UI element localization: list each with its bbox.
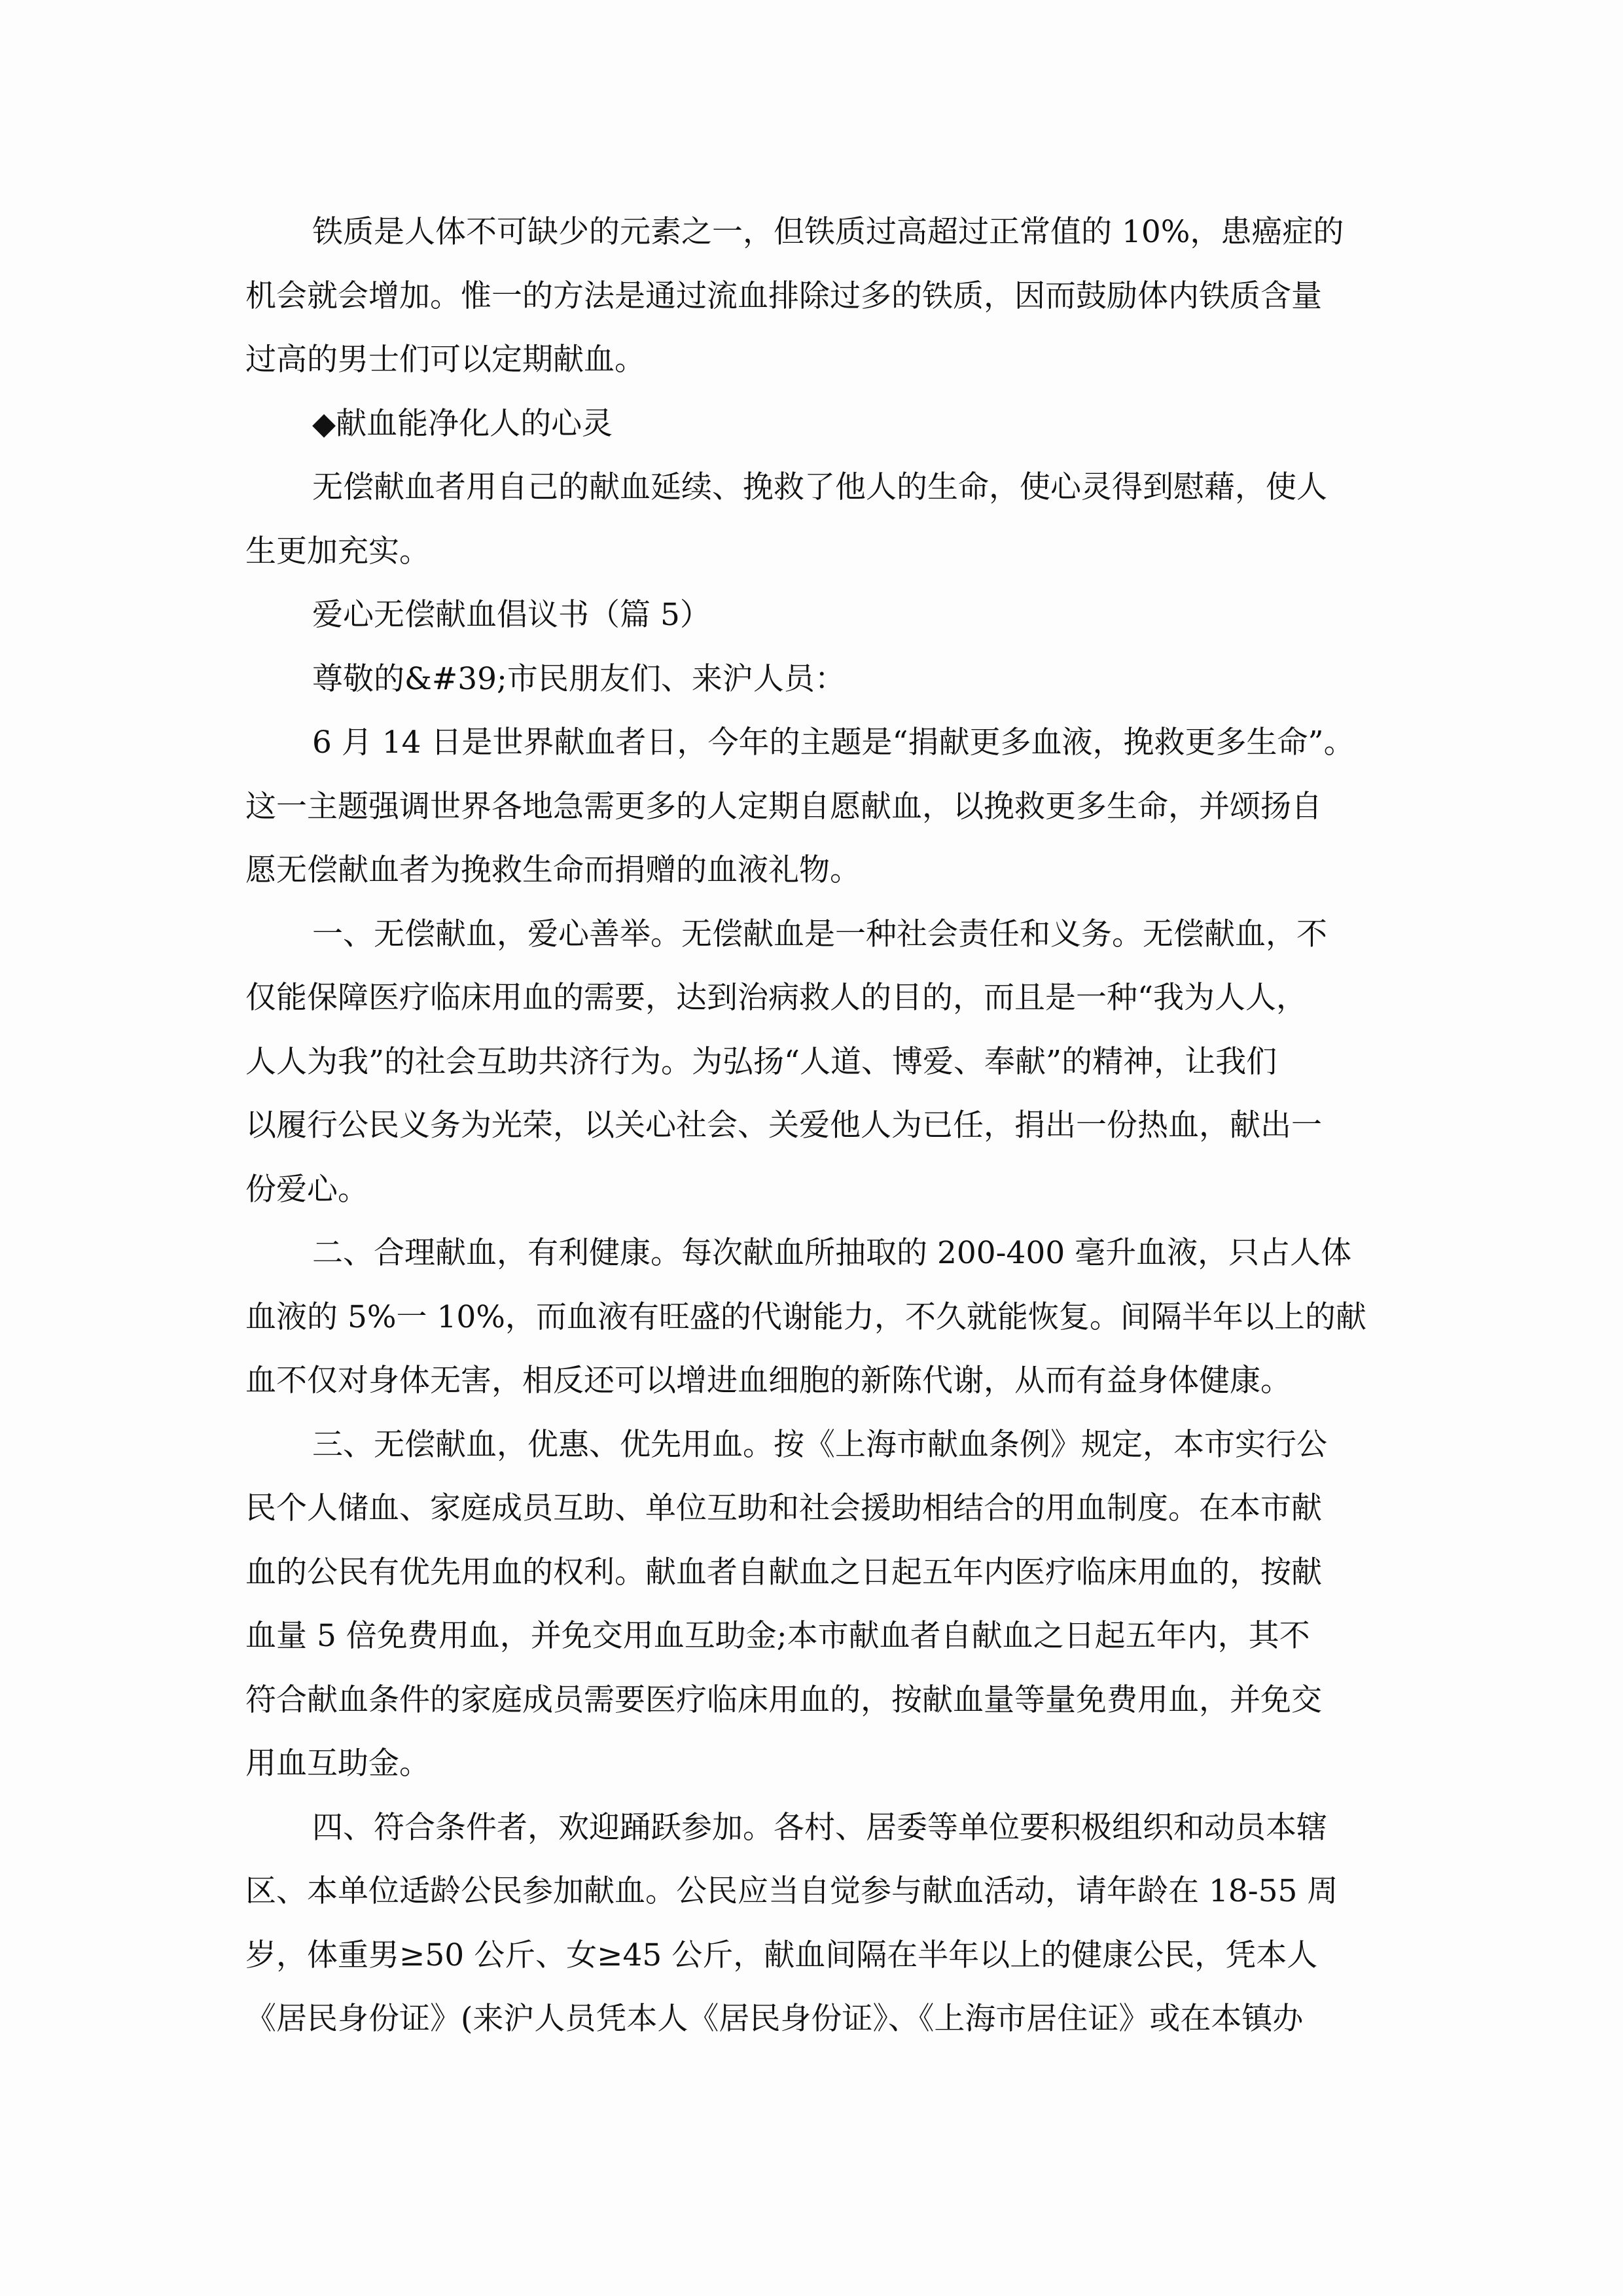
- paragraph-iron: 铁质是人体不可缺少的元素之一，但铁质过高超过正常值的 10%，患癌症的 机会就会…: [245, 200, 1371, 392]
- text-line: 无偿献血者用自己的献血延续、挽救了他人的生命，使心灵得到慰藉，使人: [245, 456, 1371, 520]
- paragraph-purify-body: 无偿献血者用自己的献血延续、挽救了他人的生命，使心灵得到慰藉，使人 生更加充实。: [245, 456, 1371, 583]
- paragraph-point-3: 三、无偿献血，优惠、优先用血。按《上海市献血条例》规定，本市实行公 民个人储血、…: [245, 1413, 1371, 1796]
- document-page: 铁质是人体不可缺少的元素之一，但铁质过高超过正常值的 10%，患癌症的 机会就会…: [245, 200, 1371, 2051]
- text-line: 血液的 5%一 10%，而血液有旺盛的代谢能力，不久就能恢复。间隔半年以上的献: [245, 1285, 1371, 1350]
- paragraph-intro: 6 月 14 日是世界献血者日，今年的主题是“捐献更多血液，挽救更多生命”。 这…: [245, 711, 1371, 903]
- text-line: 血不仅对身体无害，相反还可以增进血细胞的新陈代谢，从而有益身体健康。: [245, 1349, 1371, 1413]
- salutation: 尊敬的&#39;市民朋友们、来沪人员：: [245, 647, 1371, 711]
- section-heading-purify: ◆献血能净化人的心灵: [245, 392, 1371, 456]
- text-line: 愿无偿献血者为挽救生命而捐赠的血液礼物。: [245, 838, 1371, 903]
- paragraph-point-4: 四、符合条件者，欢迎踊跃参加。各村、居委等单位要积极组织和动员本辖 区、本单位适…: [245, 1796, 1371, 2051]
- text-line: 尊敬的&#39;市民朋友们、来沪人员：: [245, 647, 1371, 711]
- text-line: 人人为我”的社会互助共济行为。为弘扬“人道、博爱、奉献”的精神，让我们: [245, 1030, 1371, 1094]
- text-line: 生更加充实。: [245, 520, 1371, 584]
- text-line: ◆献血能净化人的心灵: [245, 392, 1371, 456]
- text-line: 用血互助金。: [245, 1732, 1371, 1796]
- text-line: 过高的男士们可以定期献血。: [245, 328, 1371, 392]
- text-line: 份爱心。: [245, 1158, 1371, 1222]
- text-line: 铁质是人体不可缺少的元素之一，但铁质过高超过正常值的 10%，患癌症的: [245, 200, 1371, 264]
- document-title-part5: 爱心无偿献血倡议书（篇 5）: [245, 583, 1371, 647]
- text-line: 以履行公民义务为光荣，以关心社会、关爱他人为已任，捐出一份热血，献出一: [245, 1094, 1371, 1158]
- text-line: 岁，体重男≥50 公斤、女≥45 公斤，献血间隔在半年以上的健康公民，凭本人: [245, 1924, 1371, 1988]
- text-line: 机会就会增加。惟一的方法是通过流血排除过多的铁质，因而鼓励体内铁质含量: [245, 264, 1371, 329]
- text-line: 四、符合条件者，欢迎踊跃参加。各村、居委等单位要积极组织和动员本辖: [245, 1796, 1371, 1860]
- text-line: 民个人储血、家庭成员互助、单位互助和社会援助相结合的用血制度。在本市献: [245, 1477, 1371, 1541]
- text-line: 《居民身份证》(来沪人员凭本人《居民身份证》、《上海市居住证》或在本镇办: [245, 1987, 1371, 2051]
- text-line: 6 月 14 日是世界献血者日，今年的主题是“捐献更多血液，挽救更多生命”。: [245, 711, 1371, 775]
- text-line: 二、合理献血，有利健康。每次献血所抽取的 200-400 毫升血液，只占人体: [245, 1221, 1371, 1285]
- text-line: 三、无偿献血，优惠、优先用血。按《上海市献血条例》规定，本市实行公: [245, 1413, 1371, 1477]
- text-line: 符合献血条件的家庭成员需要医疗临床用血的，按献血量等量免费用血，并免交: [245, 1668, 1371, 1732]
- text-line: 一、无偿献血，爱心善举。无偿献血是一种社会责任和义务。无偿献血，不: [245, 903, 1371, 967]
- text-line: 血的公民有优先用血的权利。献血者自献血之日起五年内医疗临床用血的，按献: [245, 1541, 1371, 1605]
- text-line: 血量 5 倍免费用血，并免交用血互助金;本市献血者自献血之日起五年内，其不: [245, 1604, 1371, 1668]
- paragraph-point-2: 二、合理献血，有利健康。每次献血所抽取的 200-400 毫升血液，只占人体 血…: [245, 1221, 1371, 1413]
- text-line: 爱心无偿献血倡议书（篇 5）: [245, 583, 1371, 647]
- text-line: 这一主题强调世界各地急需更多的人定期自愿献血，以挽救更多生命，并颂扬自: [245, 775, 1371, 839]
- paragraph-point-1: 一、无偿献血，爱心善举。无偿献血是一种社会责任和义务。无偿献血，不 仅能保障医疗…: [245, 903, 1371, 1222]
- text-line: 仅能保障医疗临床用血的需要，达到治病救人的目的，而且是一种“我为人人，: [245, 966, 1371, 1030]
- text-line: 区、本单位适龄公民参加献血。公民应当自觉参与献血活动，请年龄在 18-55 周: [245, 1859, 1371, 1924]
